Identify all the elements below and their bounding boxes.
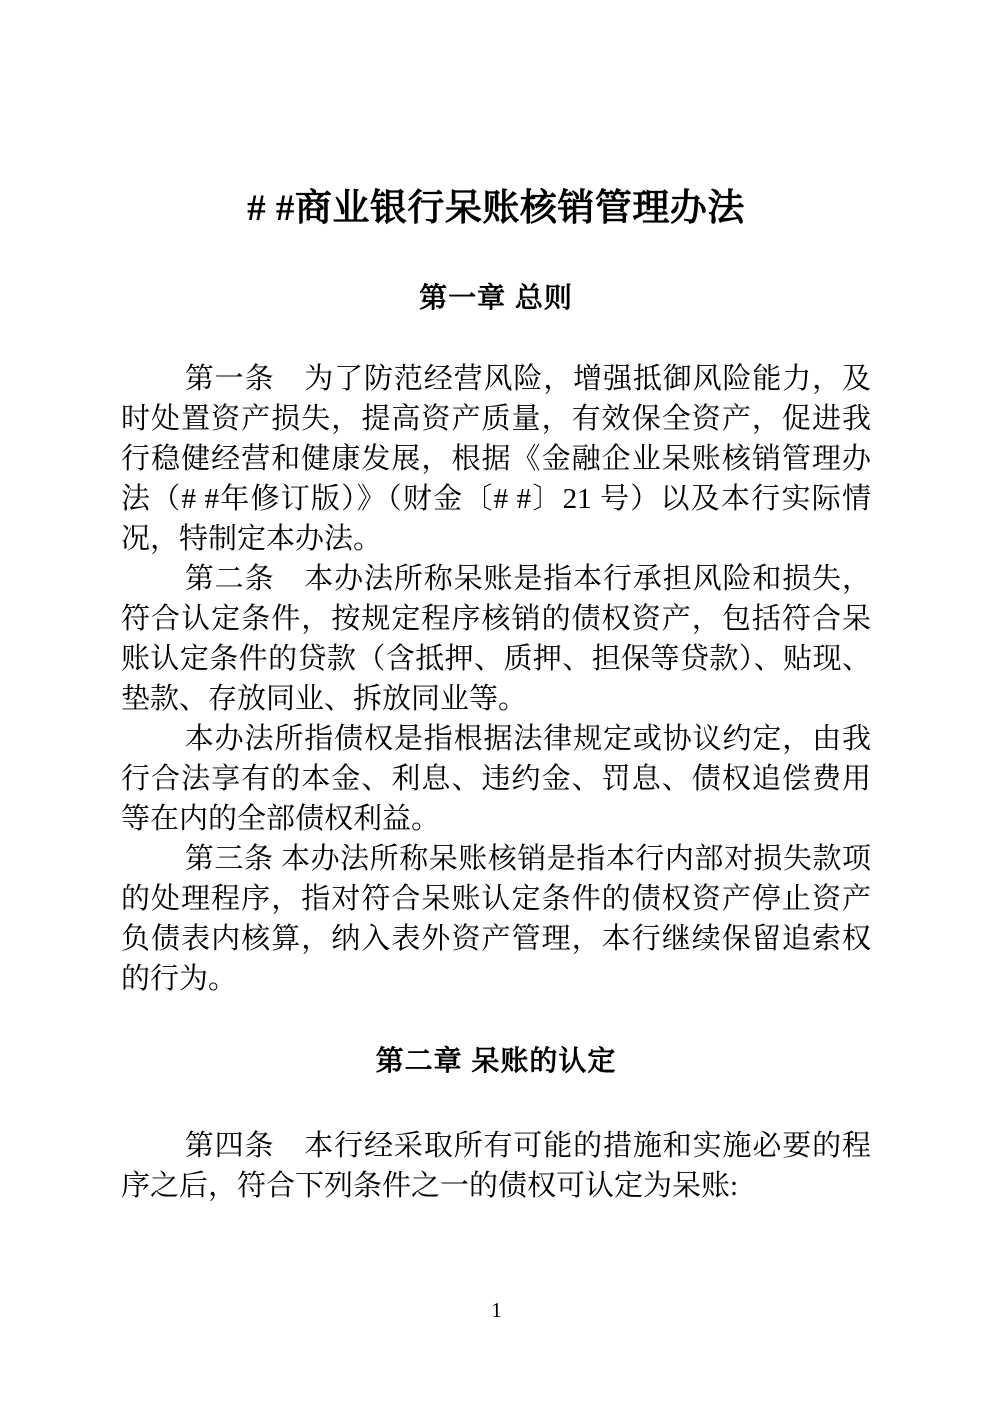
paragraph-article-3: 第三条 本办法所称呆账核销是指本行内部对损失款项的处理程序，指对符合呆账认定条件… — [121, 839, 871, 999]
document-title: # #商业银行呆账核销管理办法 — [121, 186, 871, 232]
document-page: # #商业银行呆账核销管理办法 第一章 总则 第一条 为了防范经营风险，增强抵御… — [0, 0, 993, 1404]
chapter-2-heading: 第二章 呆账的认定 — [121, 1044, 871, 1078]
paragraph-article-2-continued: 本办法所指债权是指根据法律规定或协议约定，由我行合法享有的本金、利息、违约金、罚… — [121, 719, 871, 839]
chapter-1-heading: 第一章 总则 — [121, 281, 871, 315]
page-number: 1 — [0, 1297, 993, 1323]
document-content: # #商业银行呆账核销管理办法 第一章 总则 第一条 为了防范经营风险，增强抵御… — [121, 0, 871, 1206]
paragraph-article-1: 第一条 为了防范经营风险，增强抵御风险能力，及时处置资产损失，提高资产质量，有效… — [121, 359, 871, 559]
paragraph-article-4: 第四条 本行经采取所有可能的措施和实施必要的程序之后，符合下列条件之一的债权可认… — [121, 1126, 871, 1206]
paragraph-article-2: 第二条 本办法所称呆账是指本行承担风险和损失，符合认定条件，按规定程序核销的债权… — [121, 559, 871, 719]
